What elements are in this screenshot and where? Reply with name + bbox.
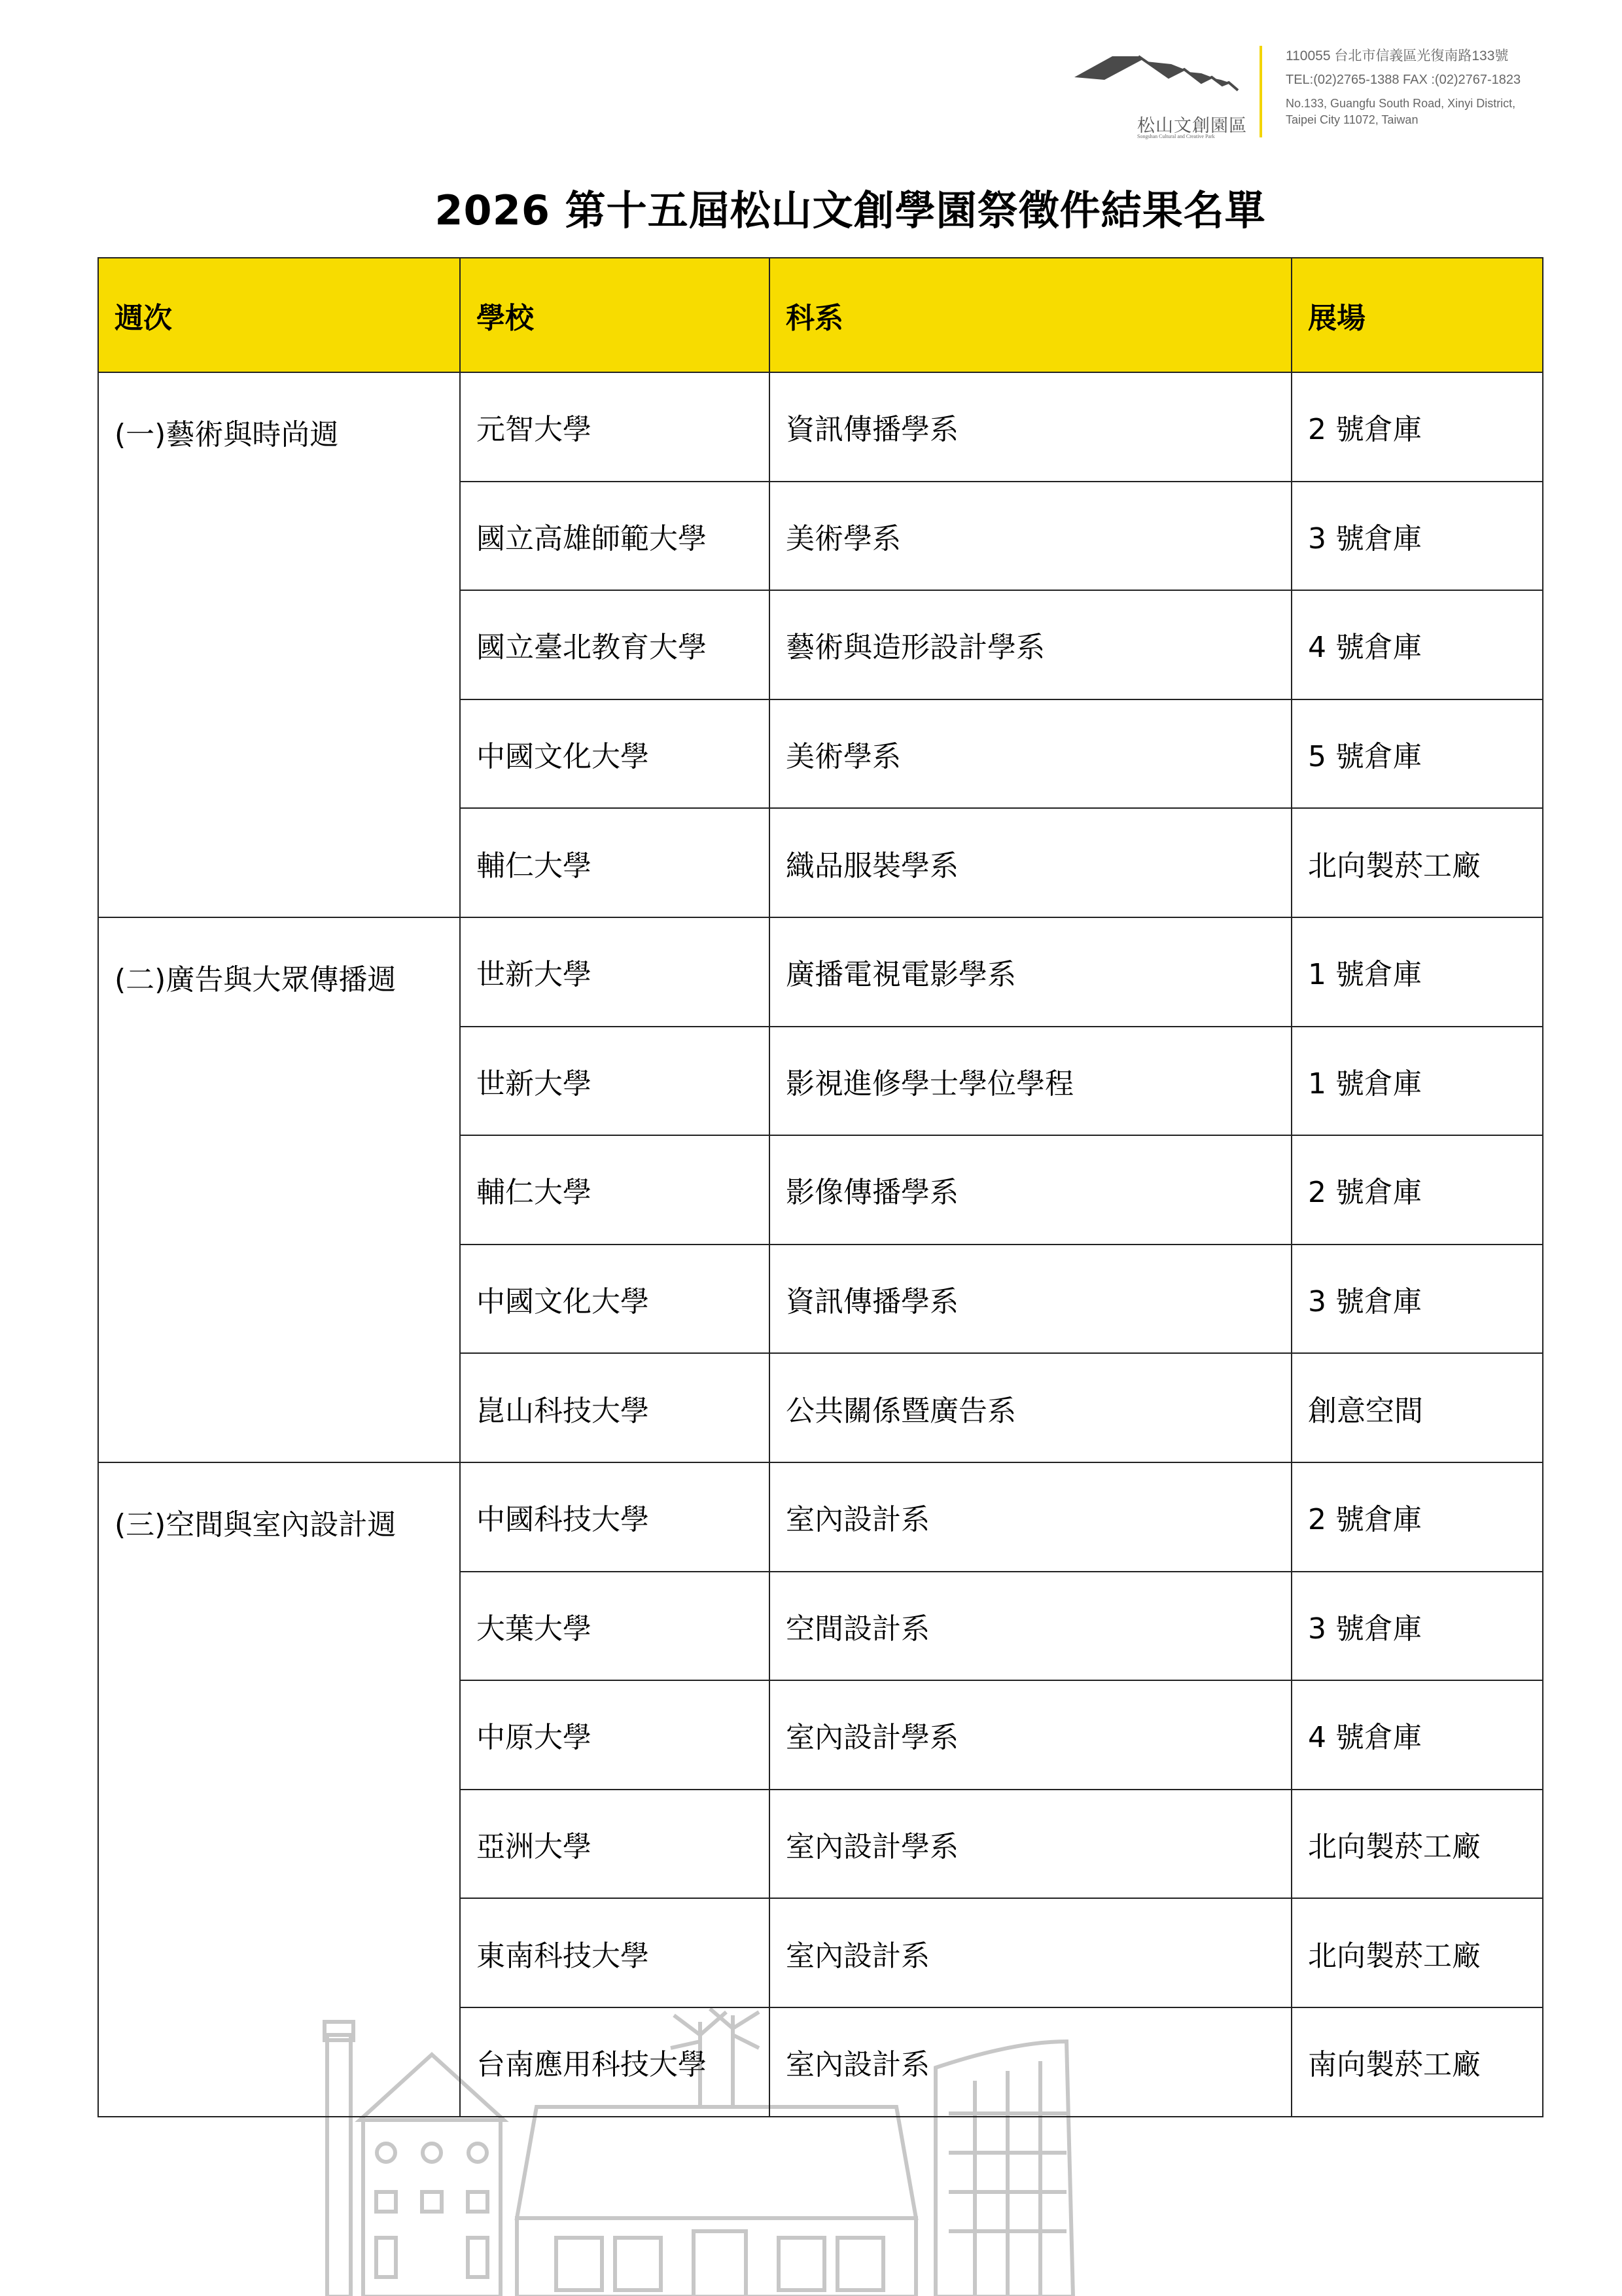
address-en-line2: Taipei City 11072, Taiwan (1286, 112, 1521, 128)
venue-cell: 北向製菸工廠 (1292, 808, 1543, 917)
park-logo: 松山文創園區 Songshan Cultural and Creative Pa… (1073, 51, 1243, 143)
week-cell: (一)藝術與時尚週 (98, 372, 460, 917)
school-cell: 亞洲大學 (460, 1790, 769, 1899)
venue-cell: 1 號倉庫 (1292, 917, 1543, 1027)
department-cell: 織品服裝學系 (769, 808, 1292, 917)
school-cell: 國立臺北教育大學 (460, 590, 769, 699)
letterhead: 松山文創園區 Songshan Cultural and Creative Pa… (1073, 39, 1570, 144)
school-cell: 中原大學 (460, 1680, 769, 1790)
school-cell: 東南科技大學 (460, 1898, 769, 2007)
address-line: 110055 台北市信義區光復南路133號 (1286, 44, 1521, 68)
department-cell: 空間設計系 (769, 1572, 1292, 1681)
school-cell: 輔仁大學 (460, 1135, 769, 1245)
column-header-department: 科系 (769, 258, 1292, 372)
venue-cell: 5 號倉庫 (1292, 699, 1543, 809)
school-cell: 元智大學 (460, 372, 769, 482)
venue-cell: 4 號倉庫 (1292, 1680, 1543, 1790)
department-cell: 資訊傳播學系 (769, 1245, 1292, 1354)
department-cell: 美術學系 (769, 699, 1292, 809)
department-cell: 公共關係暨廣告系 (769, 1353, 1292, 1462)
school-cell: 大葉大學 (460, 1572, 769, 1681)
logo-name-en: Songshan Cultural and Creative Park (1137, 133, 1215, 139)
rooftops-logo-icon (1073, 51, 1243, 103)
school-cell: 中國科技大學 (460, 1462, 769, 1572)
department-cell: 室內設計系 (769, 2007, 1292, 2117)
venue-cell: 2 號倉庫 (1292, 1135, 1543, 1245)
school-cell: 國立高雄師範大學 (460, 482, 769, 591)
school-cell: 中國文化大學 (460, 699, 769, 809)
column-header-venue: 展場 (1292, 258, 1543, 372)
venue-cell: 3 號倉庫 (1292, 1245, 1543, 1354)
department-cell: 室內設計系 (769, 1898, 1292, 2007)
department-cell: 室內設計學系 (769, 1790, 1292, 1899)
column-header-week: 週次 (98, 258, 460, 372)
school-cell: 台南應用科技大學 (460, 2007, 769, 2117)
department-cell: 室內設計學系 (769, 1680, 1292, 1790)
page-title: 2026 第十五屆松山文創學園祭徵件結果名單 (0, 178, 1622, 236)
venue-cell: 創意空間 (1292, 1353, 1543, 1462)
venue-cell: 北向製菸工廠 (1292, 1790, 1543, 1899)
school-cell: 世新大學 (460, 917, 769, 1027)
venue-cell: 南向製菸工廠 (1292, 2007, 1543, 2117)
department-cell: 室內設計系 (769, 1462, 1292, 1572)
venue-cell: 2 號倉庫 (1292, 1462, 1543, 1572)
venue-cell: 北向製菸工廠 (1292, 1898, 1543, 2007)
contact-block: 110055 台北市信義區光復南路133號 TEL:(02)2765-1388 … (1286, 44, 1521, 128)
phone-fax-line: TEL:(02)2765-1388 FAX :(02)2767-1823 (1286, 68, 1521, 92)
table-row: (二)廣告與大眾傳播週 世新大學 廣播電視電影學系 1 號倉庫 (98, 917, 1543, 1027)
venue-cell: 4 號倉庫 (1292, 590, 1543, 699)
department-cell: 美術學系 (769, 482, 1292, 591)
table-row: (三)空間與室內設計週 中國科技大學 室內設計系 2 號倉庫 (98, 1462, 1543, 1572)
department-cell: 廣播電視電影學系 (769, 917, 1292, 1027)
table-header-row: 週次 學校 科系 展場 (98, 258, 1543, 372)
school-cell: 中國文化大學 (460, 1245, 769, 1354)
column-header-school: 學校 (460, 258, 769, 372)
venue-cell: 3 號倉庫 (1292, 482, 1543, 591)
school-cell: 世新大學 (460, 1027, 769, 1136)
department-cell: 影視進修學士學位學程 (769, 1027, 1292, 1136)
venue-cell: 3 號倉庫 (1292, 1572, 1543, 1681)
venue-cell: 1 號倉庫 (1292, 1027, 1543, 1136)
venue-cell: 2 號倉庫 (1292, 372, 1543, 482)
week-cell: (二)廣告與大眾傳播週 (98, 917, 460, 1462)
letterhead-divider (1260, 46, 1262, 137)
week-cell: (三)空間與室內設計週 (98, 1462, 460, 2117)
school-cell: 崑山科技大學 (460, 1353, 769, 1462)
results-table: 週次 學校 科系 展場 (一)藝術與時尚週 元智大學 資訊傳播學系 2 號倉庫 … (97, 257, 1543, 2117)
school-cell: 輔仁大學 (460, 808, 769, 917)
department-cell: 影像傳播學系 (769, 1135, 1292, 1245)
address-en-line1: No.133, Guangfu South Road, Xinyi Distri… (1286, 96, 1521, 112)
department-cell: 藝術與造形設計學系 (769, 590, 1292, 699)
table-row: (一)藝術與時尚週 元智大學 資訊傳播學系 2 號倉庫 (98, 372, 1543, 482)
department-cell: 資訊傳播學系 (769, 372, 1292, 482)
